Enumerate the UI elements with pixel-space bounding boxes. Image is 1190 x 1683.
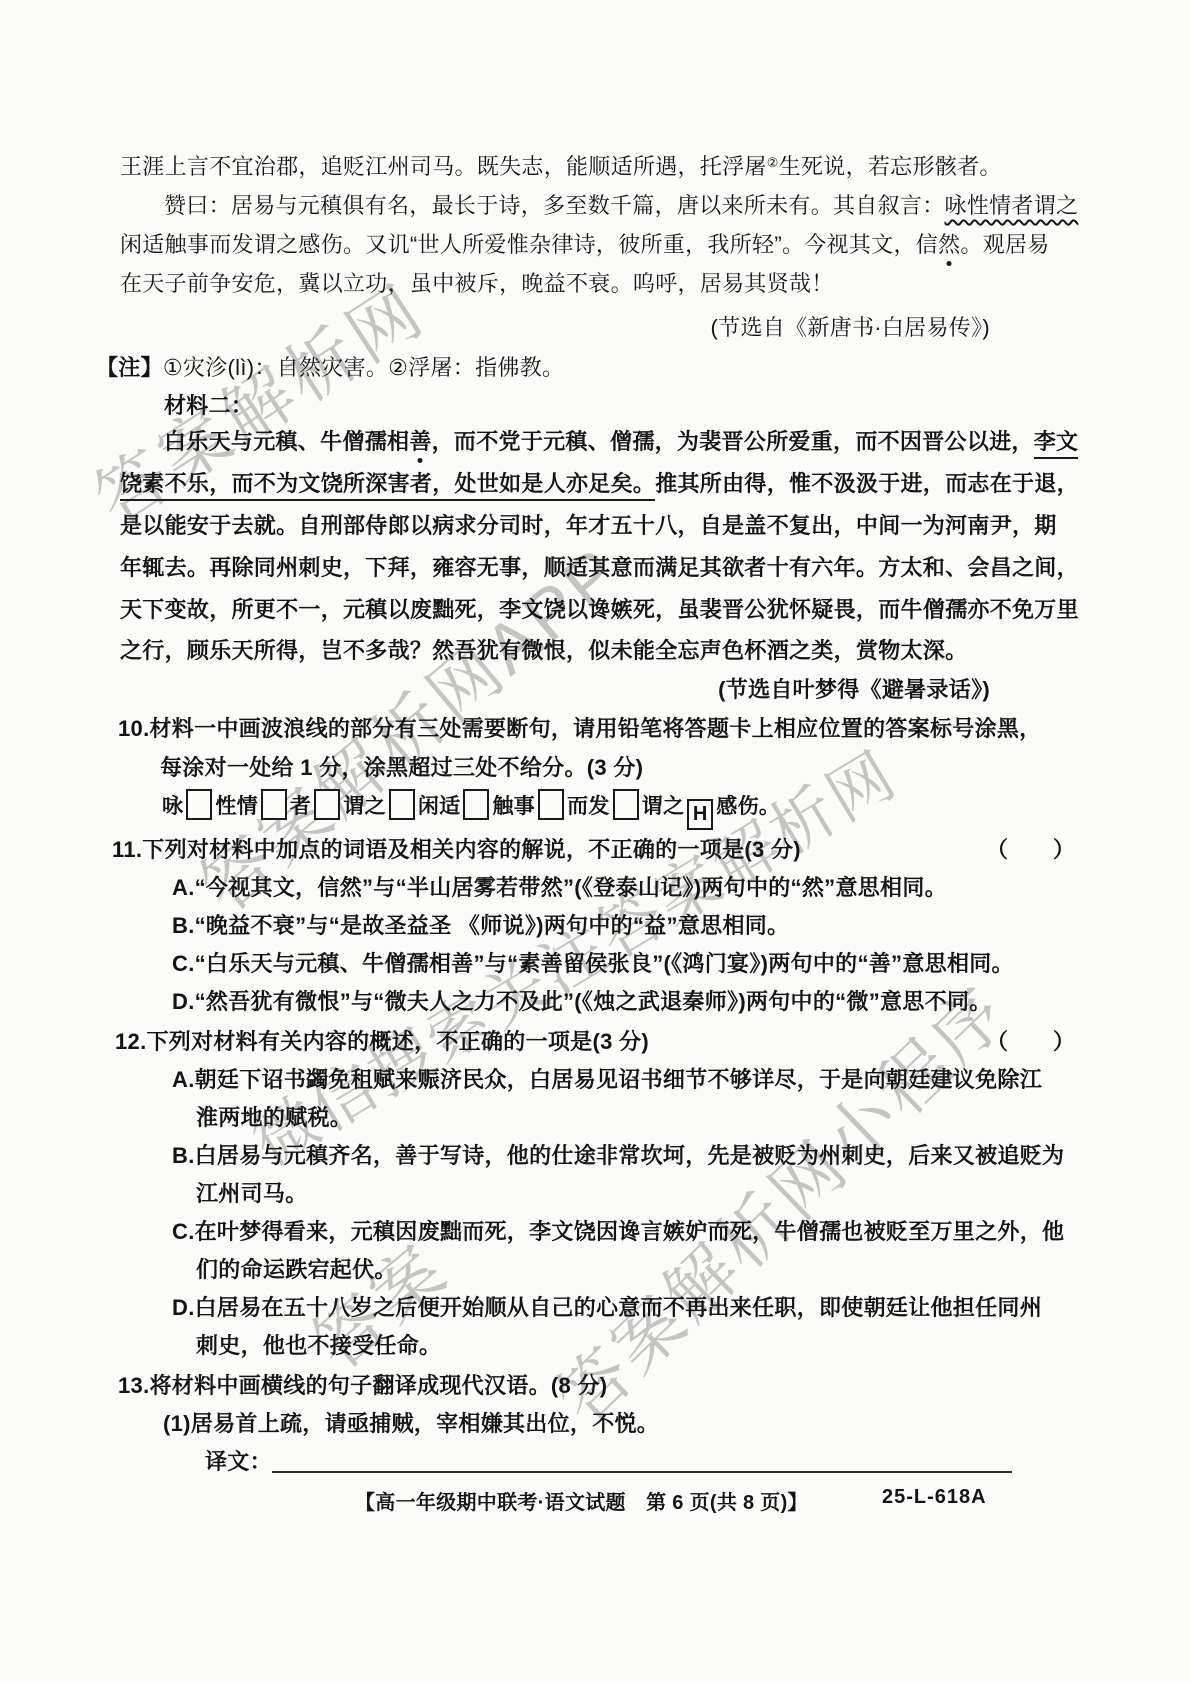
underlined-phrase-start: 李文	[1034, 429, 1079, 459]
note-body: ①灾沴(lì)：自然灾害。②浮屠：指佛教。	[163, 355, 564, 380]
answer-box-a[interactable]	[186, 789, 212, 820]
question12-option-a-line2: 淮两地的赋税。	[196, 1101, 352, 1132]
answer-box-f[interactable]	[538, 789, 564, 820]
translation-answer-row: 译文：	[205, 1445, 1012, 1476]
material1-line-2: 赞曰：居易与元稹俱有名，最长于诗，多至数千篇，唐以来所未有。其自叙言：咏性情者谓…	[164, 189, 1078, 220]
strip-text: 感伤。	[716, 795, 780, 818]
translation-answer-line[interactable]	[272, 1447, 1012, 1473]
answer-box-b[interactable]	[261, 789, 287, 820]
wavy-underlined-phrase: 咏性情者谓之	[945, 193, 1079, 218]
question11-option-c: C.“白乐天与元稹、牛僧孺相善”与“素善留侯张良”(《鸿门宴》)两句中的“善”意…	[172, 947, 1014, 978]
strip-text: 闲适	[418, 795, 461, 818]
question10-line-1: 10.材料一中画波浪线的部分有三处需要断句，请用铅笔将答题卡上相应位置的答案标号…	[118, 712, 1042, 743]
material1-line-3: 闲适触事而发谓之感伤。又讥“世人所爱惟杂律诗，彼所重，我所轻”。今视其文，信然。…	[120, 228, 1050, 259]
material2-line-2: 饶素不乐，而不为文饶所深害者，处世如是人亦足矣。推其所由得，惟不汲汲于进，而志在…	[120, 467, 1079, 498]
emphasis-dot-ran: 然	[938, 232, 960, 257]
emphasis-dot-shan: 善	[409, 429, 431, 454]
strip-text: 者	[290, 795, 311, 818]
note-ref-2: ②	[767, 155, 779, 170]
material2-line-1: 白乐天与元稹、牛僧孺相善，而不党于元稹、僧孺，为裴晋公所爱重，而不因晋公以进，李…	[164, 425, 1078, 456]
underlined-phrase-end: 饶素不乐，而不为文饶所深害者，处世如是人亦足矣。	[120, 471, 655, 501]
question11-answer-bracket[interactable]: （ ）	[986, 833, 1075, 864]
answer-box-h[interactable]: H	[687, 799, 713, 830]
answer-box-g[interactable]	[613, 789, 639, 820]
question12-option-c-line1: C.在叶梦得看来，元稹因废黜而死，李文饶因谗言嫉妒而死，牛僧孺也被贬至万里之外，…	[172, 1215, 1064, 1246]
answer-box-e[interactable]	[463, 789, 489, 820]
note-tag: 【注】	[96, 355, 163, 380]
question13-stem: 13.将材料中画横线的句子翻译成现代汉语。(8 分)	[118, 1369, 607, 1400]
material2-line2-tail: 推其所由得，惟不汲汲于进，而志在于退，	[655, 471, 1079, 496]
question12-stem: 12.下列对材料有关内容的概述，不正确的一项是(3 分)	[115, 1025, 649, 1056]
exam-scan-page: 答案解析网 答案解析网APP 微信搜索关注答案解析网 答案解析网小程序 答案 王…	[0, 0, 1190, 1683]
footer-paper-code: 25-L-618A	[882, 1486, 987, 1509]
strip-text: 而发	[567, 795, 610, 818]
question12-option-d-line2: 刺史，他也不接受任命。	[196, 1329, 441, 1360]
question12-answer-bracket[interactable]: （ ）	[986, 1025, 1075, 1056]
material2-line-4: 年辄去。再除同州刺史，下拜，雍容无事，顺适其意而满足其欲者十有六年。方太和、会昌…	[120, 551, 1079, 582]
material1-line2-text: 赞曰：居易与元稹俱有名，最长于诗，多至数千篇，唐以来所未有。其自叙言：	[164, 193, 945, 218]
material2-line-5: 天下变故，所更不一，元稹以废黜死，李文饶以谗嫉死，虽裴晋公犹怀疑畏，而牛僧孺亦不…	[120, 593, 1079, 624]
strip-text: 触事	[492, 795, 535, 818]
material2-heading: 材料二：	[164, 389, 253, 420]
material2-line-6: 之行，顾乐天所得，岂不多哉？然吾犹有微恨，似未能全忘声色杯酒之类，赏物太深。	[120, 634, 967, 665]
translation-label: 译文：	[205, 1449, 272, 1474]
question10-line-2: 每涂对一处给 1 分，涂黑超过三处不给分。(3 分)	[160, 751, 643, 782]
material1-line1-text: 王涯上言不宜治郡，追贬江州司马。既失志，能顺适所遇，托浮屠	[120, 154, 767, 179]
question13-sentence-1: (1)居易首上疏，请亟捕贼，宰相嫌其出位，不悦。	[163, 1407, 659, 1438]
question12-option-d-line1: D.白居易在五十八岁之后便开始顺从自己的心意而不再出来任职，即使朝廷让他担任同州	[172, 1291, 1042, 1322]
material2-line-3: 是以能安于去就。自刑部侍郎以病求分司时，年才五十八，自是盖不复出，中间一为河南尹…	[120, 509, 1057, 540]
answer-box-d[interactable]	[389, 789, 415, 820]
material1-source: (节选自《新唐书·白居易传》)	[711, 311, 990, 342]
answer-box-c[interactable]	[314, 789, 340, 820]
material1-line1-tail: 生死说，若忘形骸者。	[779, 154, 1002, 179]
material1-line3-tail: 。观居易	[960, 232, 1049, 257]
material2-line1-mid: ，而不党于元稹、僧孺，为裴晋公所爱重，而不因晋公以进，	[432, 429, 1034, 454]
question12-option-b-line1: B.白居易与元稹齐名，善于写诗，他的仕途非常坎坷，先是被贬为州刺史，后来又被追贬…	[172, 1139, 1064, 1170]
question11-stem: 11.下列对材料中加点的词语及相关内容的解说，不正确的一项是(3 分)	[112, 833, 801, 864]
material1-line-4: 在天子前争安危，冀以立功，虽中被斥，晚益不衰。呜呼，居易其贤哉！	[120, 267, 834, 298]
strip-text: 谓之	[343, 795, 386, 818]
question12-option-c-line2: 们的命运跌宕起伏。	[196, 1253, 397, 1284]
footer-page-title: 【高一年级期中联考·语文试题 第 6 页(共 8 页)】	[355, 1486, 808, 1515]
question12-option-b-line2: 江州司马。	[196, 1177, 308, 1208]
question11-option-d: D.“然吾犹有微恨”与“微夫人之力不及此”(《烛之武退秦师》)两句中的“微”意思…	[172, 985, 992, 1016]
question10-answer-strip: 咏性情者谓之闲适触事而发谓之H感伤。	[162, 789, 780, 830]
question11-option-b: B.“晚益不衰”与“是故圣益圣 《师说》)两句中的“益”意思相同。	[172, 909, 789, 940]
note-line: 【注】①灾沴(lì)：自然灾害。②浮屠：指佛教。	[96, 351, 564, 382]
strip-text: 咏	[162, 795, 183, 818]
material2-line1-text: 白乐天与元稹、牛僧孺相	[164, 429, 409, 454]
watermark-answer-site: 答案解析网	[72, 256, 442, 545]
material1-line3-text: 闲适触事而发谓之感伤。又讥“世人所爱惟杂律诗，彼所重，我所轻”。今视其文，信	[120, 232, 938, 257]
strip-text: 谓之	[642, 795, 685, 818]
question12-option-a-line1: A.朝廷下诏书蠲免租赋来赈济民众，白居易见诏书细节不够详尽，于是向朝廷建议免除江	[172, 1063, 1042, 1094]
question11-option-a: A.“今视其文，信然”与“半山居雾若带然”(《登泰山记》)两句中的“然”意思相同…	[172, 871, 947, 902]
material1-line-1: 王涯上言不宜治郡，追贬江州司马。既失志，能顺适所遇，托浮屠②生死说，若忘形骸者。	[120, 150, 1002, 181]
material2-source: (节选自叶梦得《避暑录话》)	[718, 673, 990, 704]
strip-text: 性情	[215, 795, 258, 818]
